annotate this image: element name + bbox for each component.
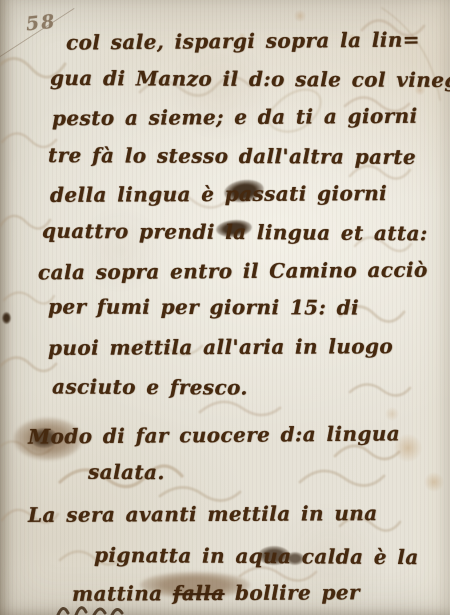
manuscript-heading-line: Modo di far cuocere d:a lingua xyxy=(28,422,400,447)
struck-word: falla xyxy=(173,581,225,605)
manuscript-line: pignatta in aqua calda è la xyxy=(94,544,419,568)
line-segment: bollire per xyxy=(225,580,360,605)
manuscript-line: col sale, ispargi sopra la lin= xyxy=(66,28,420,53)
manuscript-line: tre fà lo stesso dall'altra parte xyxy=(48,144,416,168)
line-segment: mattina xyxy=(72,581,173,606)
manuscript-line: salata. xyxy=(88,461,165,483)
manuscript-line: asciuto e fresco. xyxy=(52,375,248,398)
page-number: 58 xyxy=(25,12,57,34)
manuscript-page: 58 col sale, ispargi sopra la lin= gua d… xyxy=(0,0,450,615)
manuscript-line: gua di Manzo il d:o sale col vinegro xyxy=(50,67,450,91)
manuscript-line: puoi mettila all'aria in luogo xyxy=(48,335,393,359)
ink-speck xyxy=(2,312,11,324)
manuscript-line: della lingua è passati giorni xyxy=(50,182,387,206)
manuscript-line: mattina falla bollire per xyxy=(72,581,360,605)
manuscript-line: quattro prendi la lingua et atta: xyxy=(42,220,428,245)
manuscript-line: La sera avanti mettila in una xyxy=(28,502,378,526)
manuscript-line: per fumi per giorni 15: di xyxy=(48,295,359,318)
manuscript-line: cala sopra entro il Camino acciò xyxy=(38,259,428,284)
manuscript-line: pesto a sieme; e da ti a giorni xyxy=(52,105,418,130)
